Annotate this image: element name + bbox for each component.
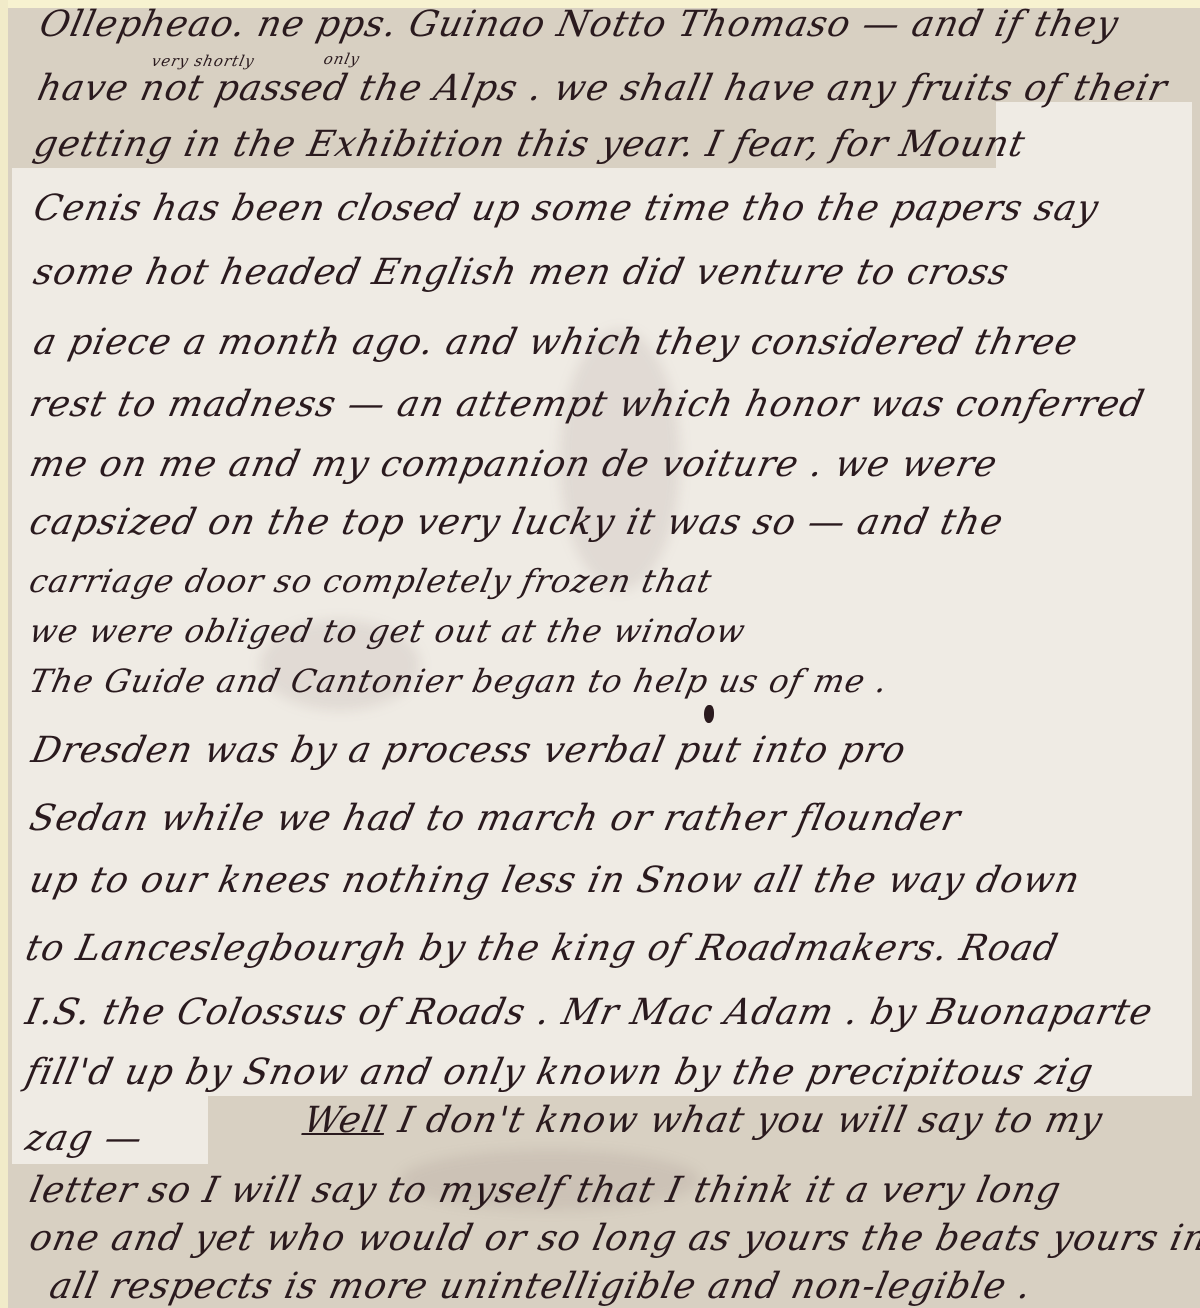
margin-strip-left: [0, 0, 8, 1308]
letter-line-10: carriage door so completely frozen that: [26, 562, 716, 600]
letter-line-5: some hot headed English men did venture …: [30, 252, 1013, 293]
letter-line-7: rest to madness — an attempt which honor…: [26, 384, 1148, 425]
interlinear-note: only: [322, 50, 362, 68]
letter-line-13: Dresden was by a process verbal put into…: [28, 730, 910, 771]
ink-blot: [704, 705, 714, 723]
letter-line-15: up to our knees nothing less in Snow all…: [26, 860, 1084, 901]
letter-line-11: we were obliged to get out at the window: [26, 612, 749, 650]
underlined-word: Well: [300, 1100, 391, 1141]
letter-line-8: me on me and my companion de voiture . w…: [26, 444, 1001, 485]
letter-line-4: Cenis has been closed up some time tho t…: [30, 188, 1103, 229]
line-continuation: I don't know what you will say to my: [395, 1100, 1107, 1141]
letter-line-6: a piece a month ago. and which they cons…: [30, 322, 1082, 363]
letter-line-19: zag —: [22, 1118, 147, 1159]
letter-line-22: one and yet who would or so long as your…: [26, 1218, 1200, 1259]
letter-line-17: I.S. the Colossus of Roads . Mr Mac Adam…: [22, 992, 1157, 1033]
letter-line-14: Sedan while we had to march or rather fl…: [26, 798, 965, 839]
letter-line-9: capsized on the top very lucky it was so…: [26, 502, 1007, 543]
letter-line-16: to Lanceslegbourgh by the king of Roadma…: [22, 928, 1062, 969]
letter-line-1: Ollepheao. ne pps. Guinao Notto Thomaso …: [36, 4, 1123, 45]
letter-page: Ollepheao. ne pps. Guinao Notto Thomaso …: [0, 0, 1200, 1308]
letter-line-18: fill'd up by Snow and only known by the …: [22, 1052, 1097, 1093]
letter-line-21: letter so I will say to myself that I th…: [26, 1170, 1065, 1211]
letter-line-20: Well I don't know what you will say to m…: [300, 1100, 1106, 1141]
letter-line-2: have not passed the Alps . we shall have…: [34, 68, 1171, 109]
letter-line-12: The Guide and Cantonier began to help us…: [26, 662, 892, 700]
letter-line-3: getting in the Exhibition this year. I f…: [30, 124, 1029, 165]
letter-line-23: all respects is more unintelligible and …: [46, 1266, 1035, 1307]
